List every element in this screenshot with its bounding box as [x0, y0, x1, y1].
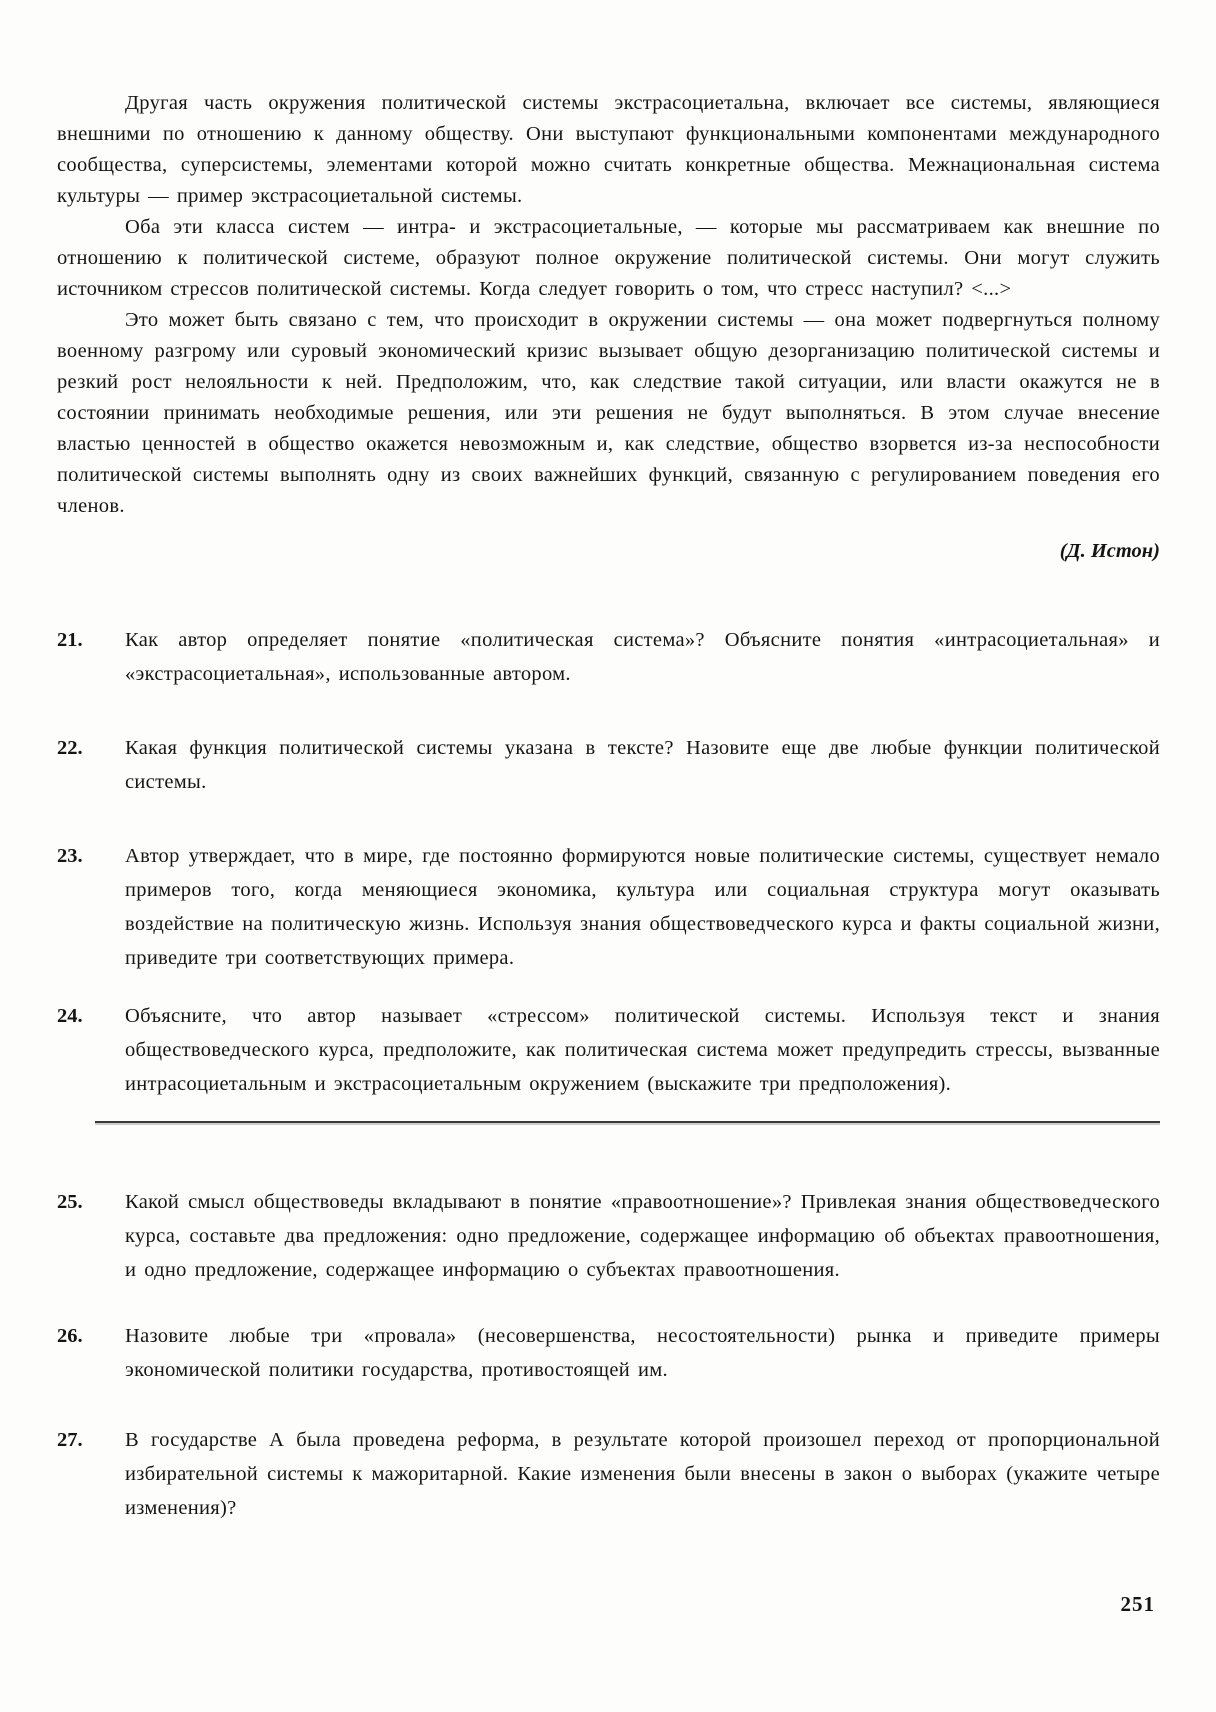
passage-paragraph: Оба эти класса систем — интра- и экстрас… [57, 212, 1160, 305]
question-item: 27. В государстве А была проведена рефор… [57, 1423, 1160, 1525]
question-text: Назовите любые три «провала» (несовершен… [125, 1319, 1160, 1387]
question-text: Какой смысл обществоведы вкладывают в по… [125, 1185, 1160, 1287]
question-text: Автор утверждает, что в мире, где постоя… [125, 839, 1160, 975]
question-number: 22. [57, 731, 125, 799]
question-text: Объясните, что автор называет «стрессом»… [125, 999, 1160, 1101]
question-item: 21. Как автор определяет понятие «полити… [57, 623, 1160, 691]
question-number: 24. [57, 999, 125, 1101]
question-item: 22. Какая функция политической системы у… [57, 731, 1160, 799]
question-text: Какая функция политической системы указа… [125, 731, 1160, 799]
section-divider [95, 1121, 1160, 1123]
passage-attribution: (Д. Истон) [57, 536, 1160, 567]
question-item: 25. Какой смысл обществоведы вкладывают … [57, 1185, 1160, 1287]
questions-list: 21. Как автор определяет понятие «полити… [57, 623, 1160, 1525]
question-item: 24. Объясните, что автор называет «стрес… [57, 999, 1160, 1101]
question-text: Как автор определяет понятие «политическ… [125, 623, 1160, 691]
question-number: 21. [57, 623, 125, 691]
page-number: 251 [1121, 1592, 1156, 1617]
question-number: 26. [57, 1319, 125, 1387]
question-item: 23. Автор утверждает, что в мире, где по… [57, 839, 1160, 975]
question-number: 25. [57, 1185, 125, 1287]
question-item: 26. Назовите любые три «провала» (несове… [57, 1319, 1160, 1387]
passage-paragraph: Другая часть окружения политической сист… [57, 88, 1160, 212]
passage-paragraph: Это может быть связано с тем, что происх… [57, 305, 1160, 522]
document-page: Другая часть окружения политической сист… [0, 0, 1216, 1712]
question-number: 23. [57, 839, 125, 975]
source-passage: Другая часть окружения политической сист… [57, 88, 1160, 567]
question-number: 27. [57, 1423, 125, 1525]
question-text: В государстве А была проведена реформа, … [125, 1423, 1160, 1525]
